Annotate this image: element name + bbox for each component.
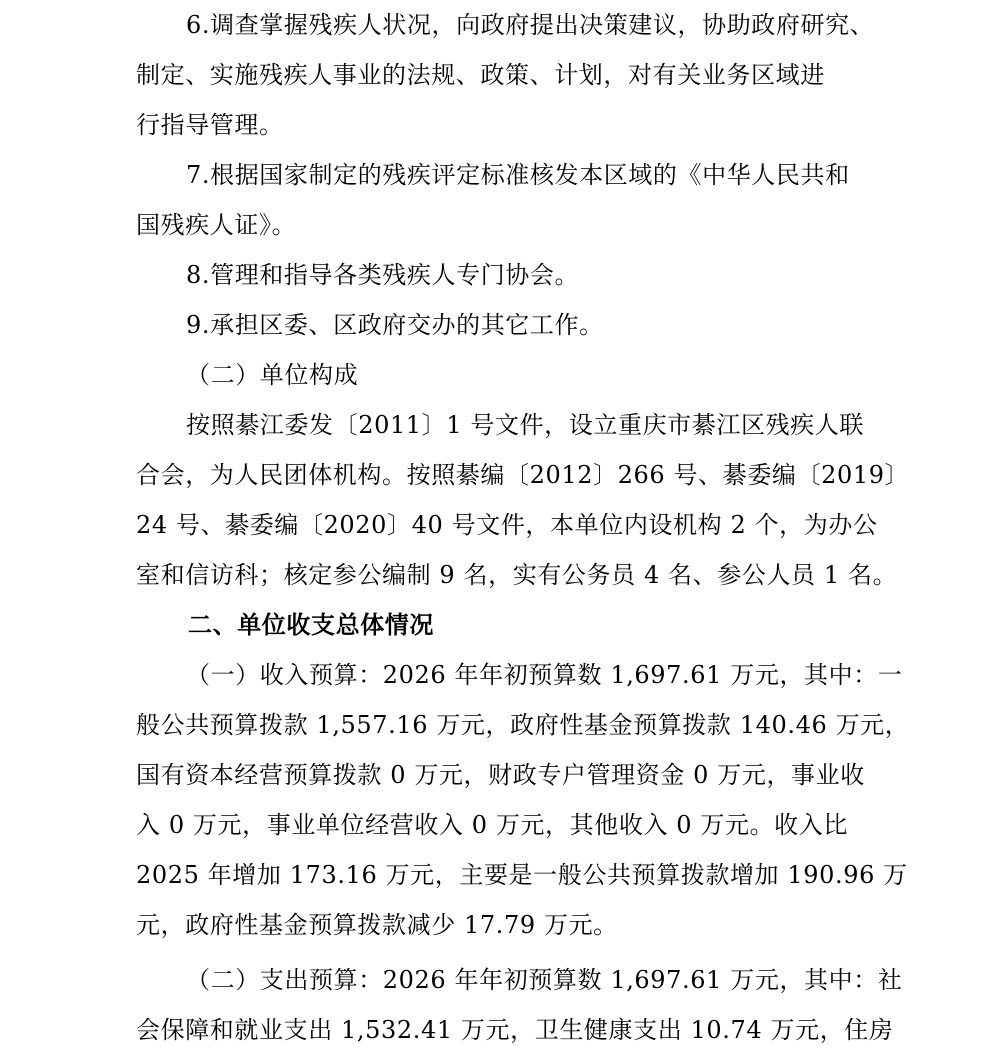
duty-item-6-line-2: 制定、实施残疾人事业的法规、政策、计划，对有关业务区域进 [136,50,825,100]
duty-item-6-line-3: 行指导管理。 [136,100,284,150]
duty-item-7-line-2: 国残疾人证》。 [136,200,296,250]
income-budget-line-4: 入 0 万元，事业单位经营收入 0 万元，其他收入 0 万元。收入比 [136,800,848,850]
duty-item-9: 9.承担区委、区政府交办的其它工作。 [186,300,604,350]
duty-item-8: 8.管理和指导各类残疾人专门协会。 [186,250,579,300]
expense-budget-line-1: （二）支出预算：2026 年年初预算数 1,697.61 万元，其中：社 [186,955,902,1005]
unit-composition-line-3: 24 号、綦委编〔2020〕40 号文件，本单位内设机构 2 个，为办公 [136,500,878,550]
expense-budget-line-2: 会保障和就业支出 1,532.41 万元，卫生健康支出 10.74 万元，住房 [136,1005,894,1054]
income-budget-line-5: 2025 年增加 173.16 万元，主要是一般公共预算拨款增加 190.96 … [136,850,908,900]
duty-item-6-line-1: 6.调查掌握残疾人状况，向政府提出决策建议，协助政府研究、 [186,0,874,50]
unit-composition-line-2: 合会，为人民团体机构。按照綦编〔2012〕266 号、綦委编〔2019〕 [136,450,909,500]
income-budget-line-2: 般公共预算拨款 1,557.16 万元，政府性基金预算拨款 140.46 万元， [136,700,909,750]
unit-composition-line-1: 按照綦江委发〔2011〕1 号文件，设立重庆市綦江区残疾人联 [186,400,864,450]
income-budget-line-6: 元，政府性基金预算拨款减少 17.79 万元。 [136,900,618,950]
duty-item-7-line-1: 7.根据国家制定的残疾评定标准核发本区域的《中华人民共和 [186,150,850,200]
section-heading-unit-composition: （二）单位构成 [186,350,358,400]
section-heading-income-expense: 二、单位收支总体情况 [188,600,434,650]
income-budget-line-1: （一）收入预算：2026 年年初预算数 1,697.61 万元，其中：一 [186,650,902,700]
income-budget-line-3: 国有资本经营预算拨款 0 万元，财政专户管理资金 0 万元，事业收 [136,750,865,800]
unit-composition-line-4: 室和信访科；核定参公编制 9 名，实有公务员 4 名、参公人员 1 名。 [136,550,897,600]
